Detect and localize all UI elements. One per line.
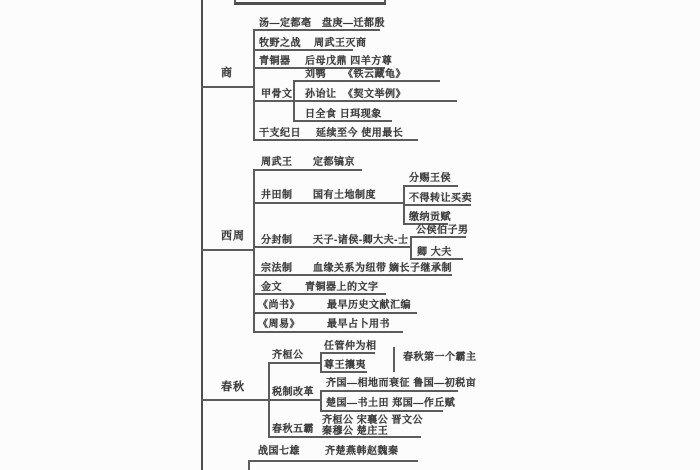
- node-xizhou: 西周: [221, 231, 245, 242]
- underline: [253, 100, 457, 102]
- huangong-children-bracket-line: [320, 352, 322, 372]
- node-five-hegemons: 春秋五霸: [272, 425, 314, 435]
- tax-children-bracket-line: [320, 390, 322, 411]
- node-seven-states: 战国七雄: [258, 447, 300, 457]
- underline: [403, 204, 471, 206]
- node-zhouwuwang: 周武王: [261, 158, 293, 168]
- underline: [403, 185, 458, 187]
- underline: [320, 410, 443, 412]
- xizhou-children-bracket-line: [253, 169, 255, 332]
- node-liue-book: 《铁云藏龟》: [343, 70, 406, 80]
- chunqiu-connector-line: [201, 399, 320, 401]
- node-sunyirang: 孙诒让: [305, 90, 337, 100]
- node-jingtian-detail: 国有土地制度: [313, 191, 376, 201]
- node-muye-detail: 周武王灭商: [314, 39, 367, 49]
- node-jingtian-grant: 分赐王侯: [409, 174, 451, 184]
- top-cutoff-box-right-line: [384, 0, 386, 3]
- node-muye-battle: 牧野之战: [259, 39, 301, 49]
- node-seven-states-list: 齐楚燕韩赵魏秦: [325, 447, 399, 457]
- underline: [253, 139, 418, 141]
- node-jingtian-notransfer: 不得转让买卖: [409, 194, 472, 204]
- underline: [253, 29, 380, 31]
- underline: [410, 258, 463, 260]
- underline: [320, 352, 375, 354]
- node-fenfeng-ranks: 公侯伯子男: [416, 226, 469, 236]
- node-chunqiu: 春秋: [221, 382, 245, 393]
- underline: [253, 331, 403, 333]
- node-bronze: 青铜器: [259, 57, 291, 67]
- node-shang: 商: [221, 68, 233, 79]
- node-first-hegemon: 春秋第一个霸主: [403, 353, 477, 363]
- node-liue: 刘鹗: [305, 70, 326, 80]
- node-qihuangong: 齐桓公: [272, 351, 304, 361]
- node-eclipse: 日全食 日珥现象: [305, 110, 382, 120]
- xizhou-connector-line: [201, 249, 254, 251]
- underline: [253, 169, 362, 171]
- underline: [268, 436, 421, 438]
- node-ganzhi-detail: 延续至今 使用最长: [316, 129, 403, 139]
- node-zhouyi-detail: 最早占卜用书: [327, 320, 390, 330]
- node-zunwang: 尊王攘夷: [324, 361, 366, 371]
- shang-connector-line: [201, 86, 254, 88]
- mindmap-canvas: 商 汤—定都亳 盘庚—迁都殷 牧野之战 周武王灭商 青铜器 后母戊鼎 四羊方尊 …: [0, 0, 700, 470]
- node-tang-capital: 汤—定都亳: [259, 19, 312, 29]
- underline: [248, 460, 418, 462]
- node-jingtian-tribute: 缴纳贡赋: [409, 213, 451, 223]
- underline: [253, 202, 404, 204]
- fenfeng-notes-bracket-line: [410, 236, 412, 259]
- underline: [253, 312, 417, 314]
- underline: [253, 246, 411, 248]
- node-guanzhong: 任管仲为相: [324, 342, 377, 352]
- huangong-note-bracket-line: [393, 347, 395, 372]
- top-cutoff-box-bottom-line: [234, 2, 386, 5]
- underline: [253, 274, 452, 276]
- node-zhouyi: 《周易》: [258, 320, 300, 330]
- top-cutoff-box-left-line: [234, 0, 236, 3]
- node-pangeng-capital: 盘庚—迁都殷: [322, 19, 385, 29]
- node-five-hegemons-line1: 齐桓公 宋襄公 晋文公: [322, 416, 423, 426]
- node-zhouwuwang-detail: 定都镐京: [313, 158, 355, 168]
- node-fenfeng-hierarchy: 天子-诸侯-卿大夫-士: [313, 236, 409, 246]
- underline: [293, 80, 440, 82]
- node-jinwen-detail: 青铜器上的文字: [305, 283, 379, 293]
- node-bronze-detail: 后母戊鼎 四羊方尊: [305, 57, 392, 67]
- node-tax-qi-lu: 齐国—相地而衰征 鲁国—初税亩: [326, 379, 476, 389]
- underline: [410, 236, 466, 238]
- node-fenfeng-qing: 卿 大夫: [417, 248, 452, 258]
- chunqiu-children-bracket-line: [268, 362, 270, 437]
- node-zongfa-bond: 血缘关系为纽带: [313, 264, 387, 274]
- node-shangshu-detail: 最早历史文献汇编: [327, 301, 411, 311]
- node-jingtian: 井田制: [261, 191, 293, 201]
- node-jinwen: 金文: [261, 283, 282, 293]
- underline: [253, 293, 386, 295]
- node-ganzhi: 干支纪日: [259, 129, 301, 139]
- node-fenfeng: 分封制: [261, 236, 293, 246]
- underline: [320, 390, 458, 392]
- node-oracle-bone: 甲骨文: [261, 90, 293, 100]
- underline: [253, 49, 353, 51]
- node-tax-chu-zheng: 楚国—书土田 郑国—作丘赋: [326, 399, 455, 409]
- node-tax-reform: 税制改革: [272, 388, 314, 398]
- underline: [268, 362, 320, 364]
- node-zongfa: 宗法制: [261, 264, 293, 274]
- zhanguo-bracket-line: [248, 460, 250, 470]
- underline: [320, 371, 367, 373]
- underline: [293, 120, 392, 122]
- shang-children-bracket-line: [253, 29, 255, 141]
- node-zongfa-heir: 嫡长子继承制: [389, 264, 452, 274]
- node-sunyirang-book: 《契文举例》: [343, 90, 406, 100]
- node-shangshu: 《尚书》: [258, 301, 300, 311]
